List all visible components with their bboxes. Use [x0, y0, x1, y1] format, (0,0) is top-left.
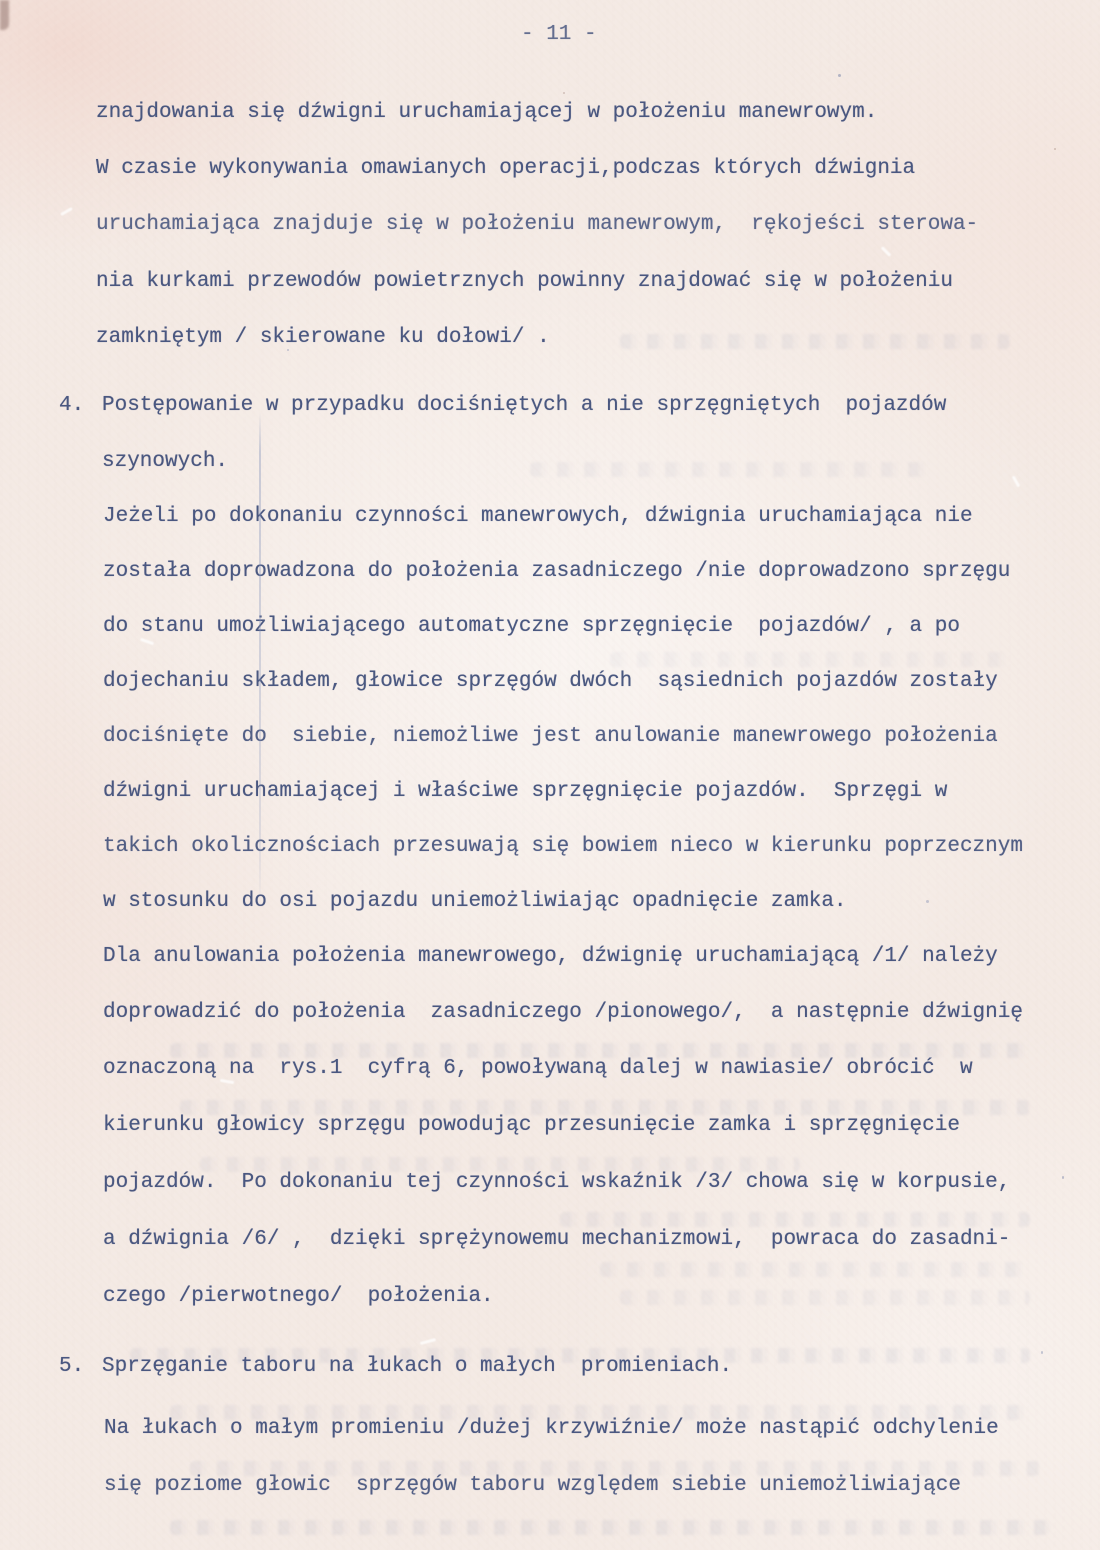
- paper-speck: [131, 1489, 133, 1491]
- text-line: Dla anulowania położenia manewrowego, dź…: [103, 944, 998, 970]
- paper-speck: [287, 349, 289, 351]
- scanned-page: - 11 - znajdowania się dźwigni uruchamia…: [0, 0, 1100, 1550]
- paper-speck: [1041, 1351, 1043, 1354]
- text-line: takich okolicznościach przesuwają się bo…: [103, 834, 1023, 860]
- paper-speck: [1054, 148, 1056, 150]
- bleed-through-smudge: [130, 1348, 1030, 1363]
- section-heading-line: Postępowanie w przypadku dociśniętych a …: [102, 393, 946, 419]
- bleed-through-smudge: [600, 1262, 1030, 1277]
- paper-speck: [838, 74, 841, 77]
- text-line: dojechaniu składem, głowice sprzęgów dwó…: [103, 669, 998, 695]
- bleed-through-smudge: [170, 1043, 1030, 1058]
- bleed-through-smudge: [560, 1212, 1030, 1227]
- text-line: oznaczoną na rys.1 cyfrą 6, powoływaną d…: [103, 1056, 973, 1082]
- text-line: nia kurkami przewodów powietrznych powin…: [96, 269, 953, 295]
- bleed-through-smudge: [170, 1405, 1030, 1420]
- paper-crease: [259, 412, 261, 910]
- text-line: czego /pierwotnego/ położenia.: [103, 1284, 494, 1310]
- text-line: uruchamiająca znajduje się w położeniu m…: [96, 212, 978, 238]
- bleed-through-smudge: [200, 1157, 800, 1172]
- text-line: znajdowania się dźwigni uruchamiającej w…: [96, 100, 877, 126]
- paper-speck: [926, 900, 929, 903]
- section-heading-line: szynowych.: [102, 449, 228, 475]
- text-line: w stosunku do osi pojazdu uniemożliwiają…: [103, 889, 847, 915]
- text-line: dociśnięte do siebie, niemożliwe jest an…: [103, 724, 998, 750]
- paper-speck: [978, 1425, 980, 1427]
- page-number: - 11 -: [521, 22, 597, 48]
- text-line: się poziome głowic sprzęgów taboru wzglę…: [104, 1473, 961, 1499]
- paper-speck: [563, 92, 565, 94]
- text-line: pojazdów. Po dokonaniu tej czynności wsk…: [103, 1170, 1010, 1196]
- section-number: 5.: [59, 1354, 84, 1380]
- bleed-through-smudge: [190, 1461, 1040, 1476]
- text-line: zamkniętym / skierowane ku dołowi/ .: [96, 325, 550, 351]
- text-line: doprowadzić do położenia zasadniczego /p…: [103, 1000, 1023, 1026]
- text-line: W czasie wykonywania omawianych operacji…: [96, 156, 915, 182]
- bleed-through-smudge: [180, 1100, 1030, 1115]
- section-number: 4.: [59, 393, 84, 419]
- text-line: a dźwignia /6/ , dzięki sprężynowemu mec…: [103, 1227, 1010, 1253]
- paper-speck: [1062, 1176, 1064, 1179]
- scan-edge-artifact: [0, 0, 9, 30]
- bleed-through-smudge: [610, 652, 1010, 667]
- text-line: dźwigni uruchamiającej i właściwe sprzęg…: [103, 779, 947, 805]
- bleed-through-smudge: [620, 1290, 1030, 1305]
- text-line: kierunku głowicy sprzęgu powodując przes…: [103, 1113, 960, 1139]
- bleed-through-smudge: [620, 334, 1010, 349]
- text-line: do stanu umożliwiającego automatyczne sp…: [103, 614, 960, 640]
- bleed-through-smudge: [170, 1520, 1050, 1535]
- bleed-through-smudge: [530, 462, 930, 477]
- text-line: Jeżeli po dokonaniu czynności manewrowyc…: [103, 504, 973, 530]
- text-line: została doprowadzona do położenia zasadn…: [103, 559, 1010, 585]
